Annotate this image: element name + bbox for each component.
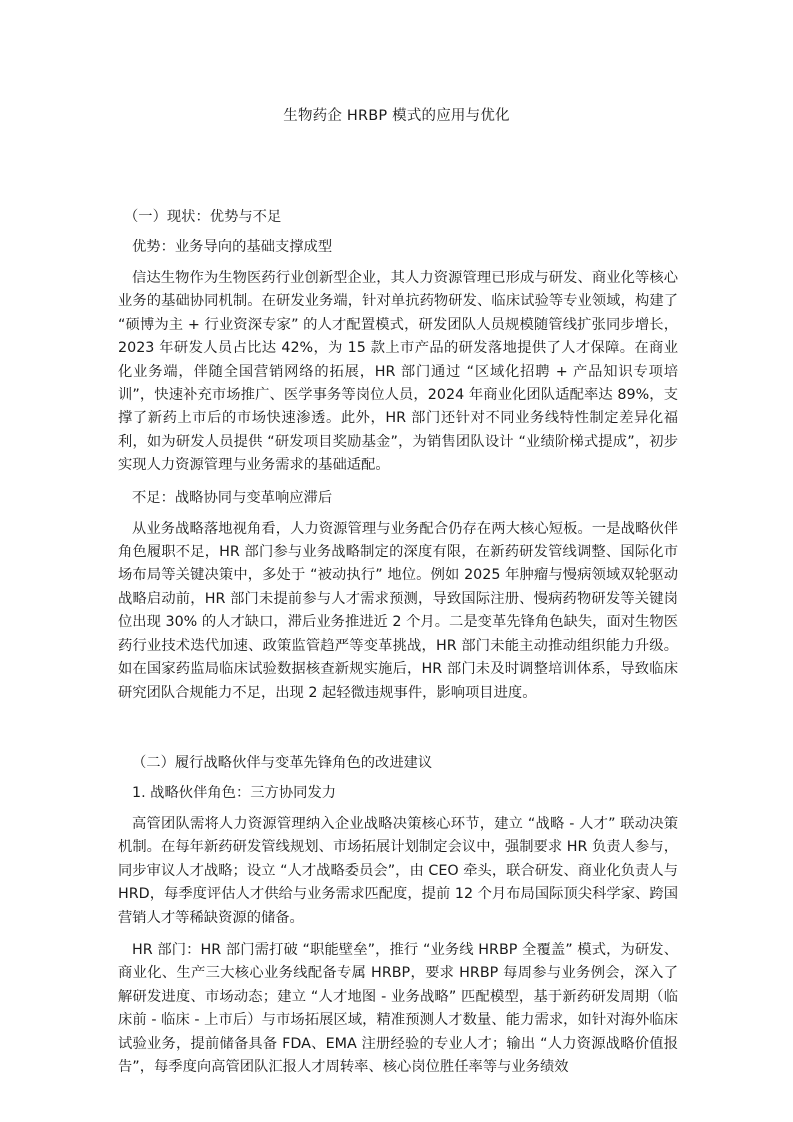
subsection-shortcomings: 不足：战略协同与变革响应滞后 从业务战略落地视角看，人力资源管理与业务配合仍存在… bbox=[118, 487, 678, 705]
section-spacer bbox=[118, 714, 678, 752]
paragraph: 高管团队需将人力资源管理纳入企业战略决策核心环节，建立 “战略 - 人才” 联动… bbox=[118, 813, 678, 930]
paragraph: 信达生物作为生物医药行业创新型企业，其人力资源管理已形成与研发、商业化等核心业务… bbox=[118, 267, 678, 478]
section-status: （一）现状：优势与不足 优势：业务导向的基础支撑成型 信达生物作为生物医药行业创… bbox=[118, 206, 678, 705]
subsection-heading: 1. 战略伙伴角色：三方协同发力 bbox=[132, 782, 678, 804]
document-body: （一）现状：优势与不足 优势：业务导向的基础支撑成型 信达生物作为生物医药行业创… bbox=[118, 206, 678, 1088]
document-title: 生物药企 HRBP 模式的应用与优化 bbox=[0, 106, 793, 126]
subsection-heading: 优势：业务导向的基础支撑成型 bbox=[132, 236, 678, 258]
section-heading: （二）履行战略伙伴与变革先锋角色的改进建议 bbox=[132, 752, 678, 774]
section-heading: （一）现状：优势与不足 bbox=[124, 206, 678, 228]
paragraph: HR 部门：HR 部门需打破 “职能壁垒”，推行 “业务线 HRBP 全覆盖” … bbox=[118, 939, 678, 1079]
subsection-strategic-partner: 1. 战略伙伴角色：三方协同发力 高管团队需将人力资源管理纳入企业战略决策核心环… bbox=[118, 782, 678, 1079]
paragraph: 从业务战略落地视角看，人力资源管理与业务配合仍存在两大核心短板。一是战略伙伴角色… bbox=[118, 518, 678, 705]
subsection-advantages: 优势：业务导向的基础支撑成型 信达生物作为生物医药行业创新型企业，其人力资源管理… bbox=[118, 236, 678, 478]
section-recommendations: （二）履行战略伙伴与变革先锋角色的改进建议 1. 战略伙伴角色：三方协同发力 高… bbox=[118, 752, 678, 1079]
document-page: 生物药企 HRBP 模式的应用与优化 （一）现状：优势与不足 优势：业务导向的基… bbox=[0, 0, 793, 1122]
subsection-heading: 不足：战略协同与变革响应滞后 bbox=[132, 487, 678, 509]
